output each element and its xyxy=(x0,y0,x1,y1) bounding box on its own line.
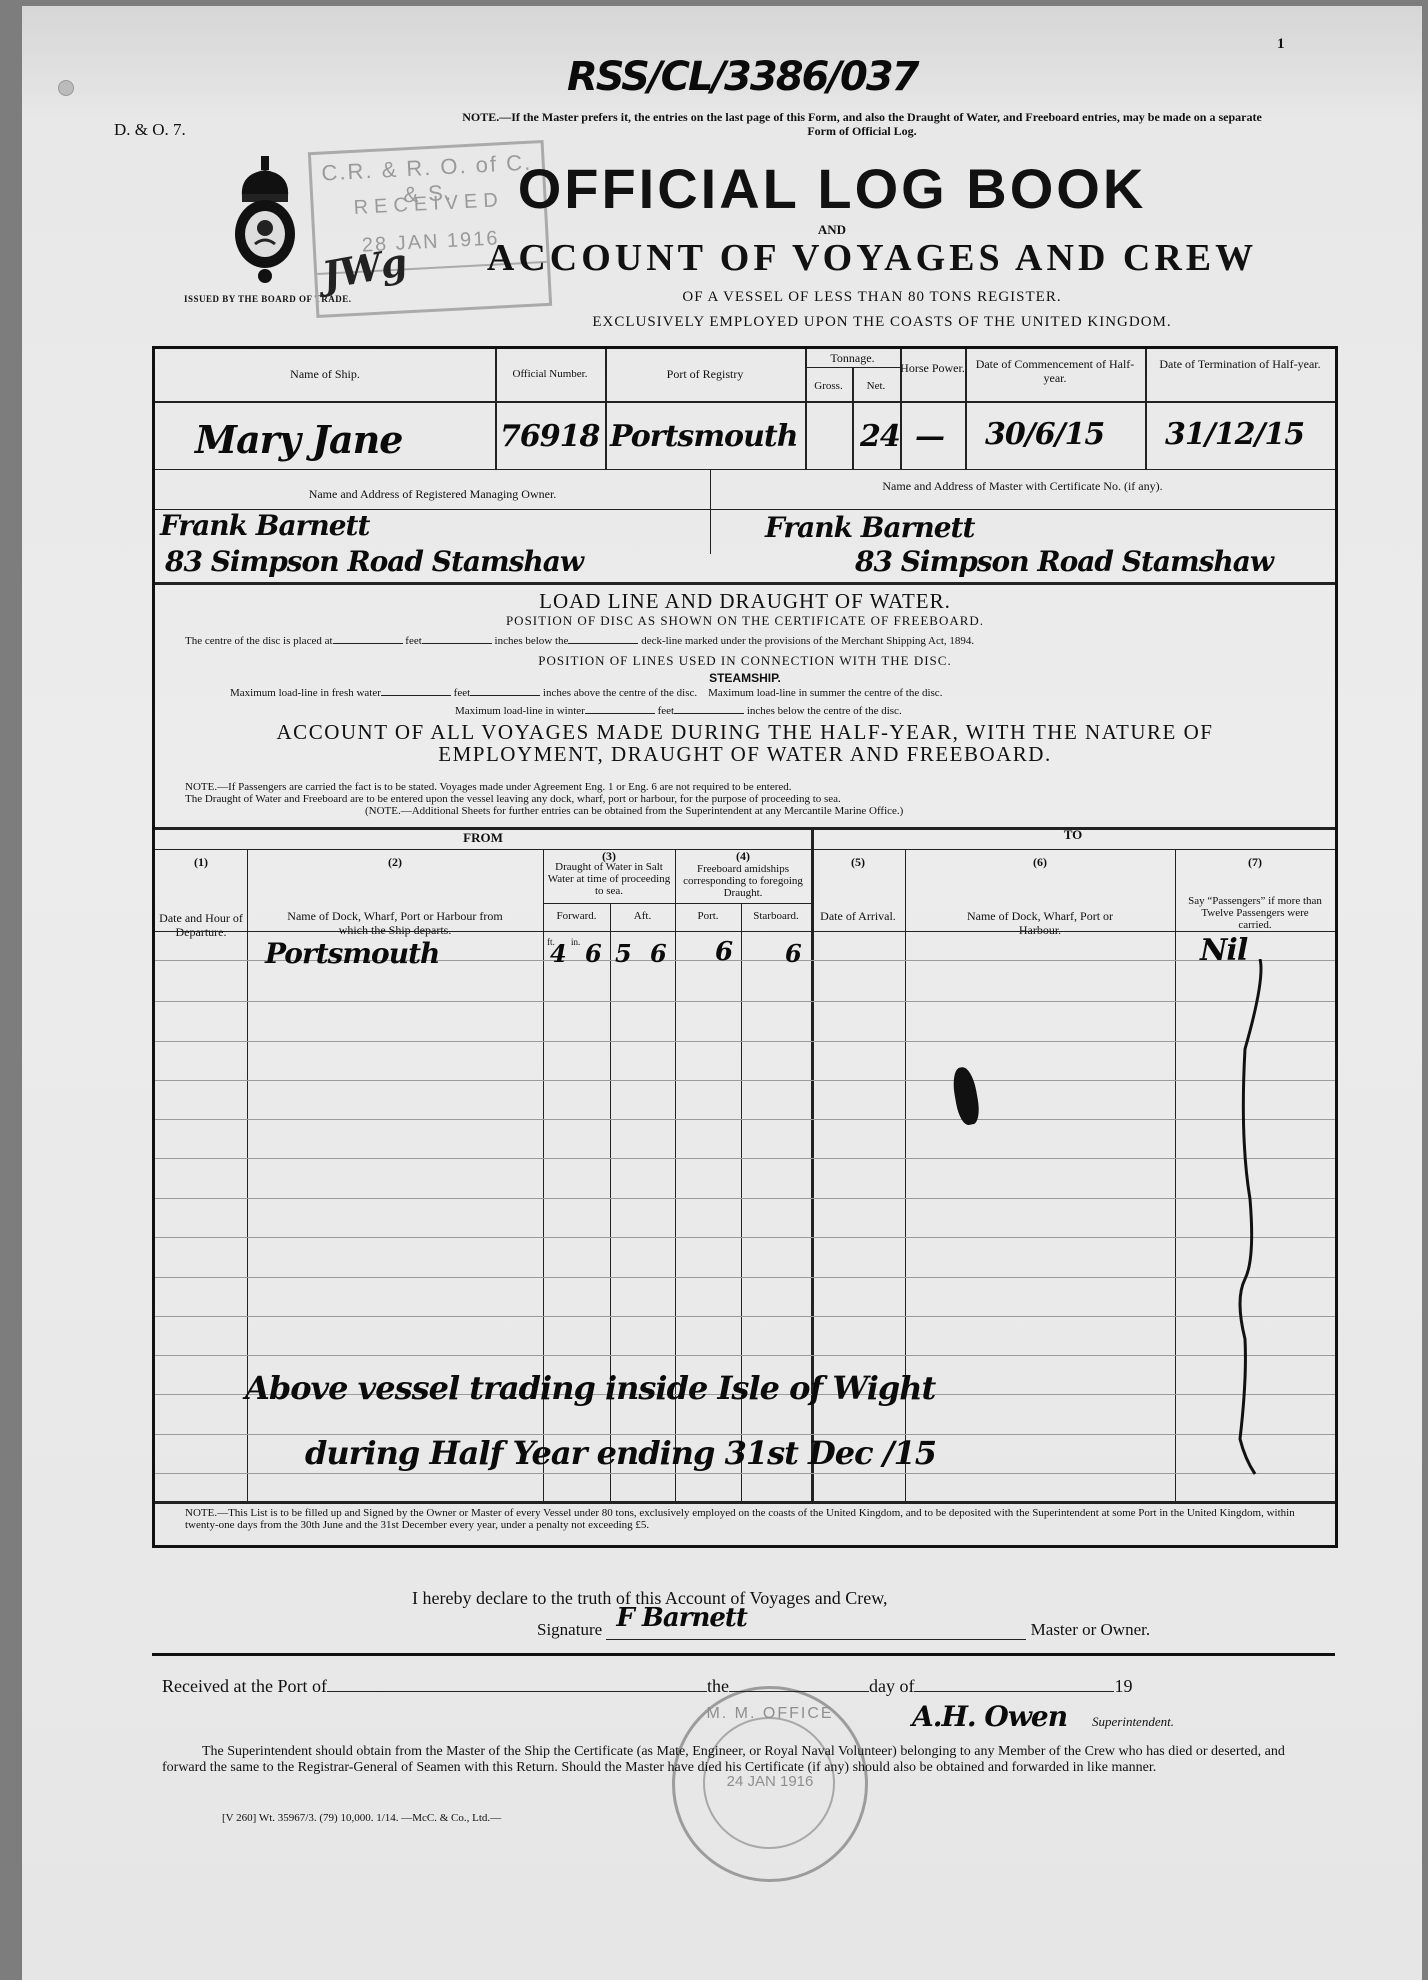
voyages-note-3: (NOTE.—Additional Sheets for further ent… xyxy=(185,805,1285,817)
year-prefix: 19 xyxy=(1114,1676,1132,1696)
signature-value: F Barnett xyxy=(616,1603,747,1633)
owner-address: 83 Simpson Road Stamshaw xyxy=(165,545,583,578)
col7-label: Say “Passengers” if more than Twelve Pas… xyxy=(1185,895,1325,931)
voyages-note-2: The Draught of Water and Freeboard are t… xyxy=(185,793,1285,805)
to-heading: TO xyxy=(811,827,1335,843)
disc-text-a: The centre of the disc is placed at xyxy=(185,635,333,647)
header-official-number: Official Number. xyxy=(495,367,605,381)
master-owner-label: Master or Owner. xyxy=(1031,1620,1150,1639)
entry-aft-in: 6 xyxy=(650,939,666,968)
ink-blot xyxy=(950,1066,982,1127)
col1-label: Date and Hour of Departure. xyxy=(157,911,245,939)
col2-num: (2) xyxy=(247,855,543,869)
col3-label: Draught of Water in Salt Water at time o… xyxy=(545,861,673,897)
fresh-text-c: inches above the centre of the disc. xyxy=(543,687,697,699)
voyages-title: ACCOUNT OF ALL VOYAGES MADE DURING THE H… xyxy=(155,721,1335,765)
winter-text-c: inches below the centre of the disc. xyxy=(747,705,902,717)
col4-label: Freeboard amidships corresponding to for… xyxy=(677,863,809,899)
owner-name: Frank Barnett xyxy=(160,509,369,542)
stamp2-office: M. M. OFFICE xyxy=(675,1705,865,1723)
fresh-water-line: Maximum load-line in fresh water feet in… xyxy=(230,687,942,699)
from-heading: FROM xyxy=(155,830,811,846)
voyages-title-1: ACCOUNT OF ALL VOYAGES MADE DURING THE H… xyxy=(155,721,1335,743)
log-book-page: RSS/CL/3386/037 1 D. & O. 7. NOTE.—If th… xyxy=(22,6,1422,1980)
header-net: Net. xyxy=(852,379,900,393)
steamship-heading: STEAMSHIP. xyxy=(155,671,1335,685)
ditto-line-icon xyxy=(1215,959,1275,1479)
signature-label: Signature xyxy=(537,1620,602,1639)
header-tonnage: Tonnage. xyxy=(805,351,900,365)
ship-name-value: Mary Jane xyxy=(195,417,402,462)
winter-text-b: feet xyxy=(658,705,674,717)
disc-text-d: deck-line marked under the provisions of… xyxy=(641,635,974,647)
sub-port: Port. xyxy=(675,909,741,923)
col7-num: (7) xyxy=(1175,855,1335,869)
received-at-label: Received at the Port of xyxy=(162,1676,327,1696)
col6-label: Name of Dock, Wharf, Port or Harbour. xyxy=(955,909,1125,937)
horse-power-value: — xyxy=(915,419,944,454)
master-name: Frank Barnett xyxy=(765,511,974,544)
col2-label: Name of Dock, Wharf, Port or Harbour fro… xyxy=(275,909,515,937)
fresh-text-b: feet xyxy=(454,687,470,699)
termination-value: 31/12/15 xyxy=(1165,417,1304,452)
entry-stbd-in: 6 xyxy=(785,939,801,968)
main-form-box: Name of Ship. Official Number. Port of R… xyxy=(152,346,1338,1548)
divider xyxy=(152,1653,1335,1656)
entry-from: Portsmouth xyxy=(265,937,439,970)
col6-num: (6) xyxy=(905,855,1175,869)
header-commencement: Date of Commencement of Half-year. xyxy=(965,357,1145,385)
header-port: Port of Registry xyxy=(605,367,805,381)
port-value: Portsmouth xyxy=(610,419,798,454)
fresh-text-a: Maximum load-line in fresh water xyxy=(230,687,381,699)
entry-fwd-in: 6 xyxy=(585,939,601,968)
col1-num: (1) xyxy=(155,855,247,869)
printer-imprint: [V 260] Wt. 35967/3. (79) 10,000. 1/14. … xyxy=(222,1812,501,1824)
summer-text: Maximum load-line in summer the centre o… xyxy=(708,687,942,699)
col5-label: Date of Arrival. xyxy=(820,909,896,923)
master-label: Name and Address of Master with Certific… xyxy=(710,479,1335,493)
remark-line-1: Above vessel trading inside Isle of Wigh… xyxy=(245,1369,935,1407)
disc-text-c: inches below the xyxy=(495,635,569,647)
disc-heading: POSITION OF DISC AS SHOWN ON THE CERTIFI… xyxy=(155,613,1335,629)
header-gross: Gross. xyxy=(805,379,852,393)
winter-line: Maximum load-line in winter feet inches … xyxy=(455,705,902,717)
entry-aft-ft: 5 xyxy=(615,939,631,968)
disc-position-line: The centre of the disc is placed at feet… xyxy=(185,635,974,647)
entry-fwd-ft: 4 xyxy=(550,939,566,968)
disc-text-b: feet xyxy=(405,635,421,647)
superintendent-instruction: The Superintendent should obtain from th… xyxy=(162,1744,1332,1776)
load-line-title: LOAD LINE AND DRAUGHT OF WATER. xyxy=(155,589,1335,614)
day-of-label: day of xyxy=(869,1676,914,1696)
remark-line-2: during Half Year ending 31st Dec /15 xyxy=(305,1434,936,1472)
subtitle-tonnage: OF A VESSEL OF LESS THAN 80 TONS REGISTE… xyxy=(442,289,1302,306)
signature-row: Signature F Barnett Master or Owner. xyxy=(537,1620,1150,1640)
the-label: the xyxy=(707,1676,729,1696)
voyages-notes: NOTE.—If Passengers are carried the fact… xyxy=(185,781,1285,817)
lines-heading: POSITION OF LINES USED IN CONNECTION WIT… xyxy=(155,653,1335,669)
voyages-note-1: NOTE.—If Passengers are carried the fact… xyxy=(185,781,1285,793)
title: OFFICIAL LOG BOOK xyxy=(442,156,1222,221)
header-termination: Date of Termination of Half-year. xyxy=(1145,357,1335,371)
superintendent-label: Superintendent. xyxy=(1092,1714,1174,1730)
receipt-line: Received at the Port oftheday of19 xyxy=(162,1676,1332,1697)
header-ship-name: Name of Ship. xyxy=(155,367,495,381)
official-number-value: 76918 xyxy=(500,419,599,454)
punch-hole xyxy=(58,80,74,96)
royal-crest-icon xyxy=(230,156,300,286)
mm-office-stamp: M. M. OFFICE 24 JAN 1916 xyxy=(672,1686,868,1882)
header-horse-power: Horse Power. xyxy=(900,361,965,375)
sub-forward: Forward. xyxy=(543,909,610,923)
page-number: 1 xyxy=(1277,36,1285,53)
owner-label: Name and Address of Registered Managing … xyxy=(155,487,710,501)
master-address: 83 Simpson Road Stamshaw xyxy=(855,545,1273,578)
subtitle: ACCOUNT OF VOYAGES AND CREW xyxy=(442,236,1302,280)
commencement-value: 30/6/15 xyxy=(985,417,1104,452)
col5-num: (5) xyxy=(811,855,905,869)
col4-num: (4) xyxy=(675,849,811,863)
sub-starboard: Starboard. xyxy=(741,909,811,923)
winter-text-a: Maximum load-line in winter xyxy=(455,705,585,717)
voyages-title-2: EMPLOYMENT, DRAUGHT OF WATER AND FREEBOA… xyxy=(155,743,1335,765)
net-tonnage-value: 24 xyxy=(860,419,900,454)
entry-port-in: 6 xyxy=(715,937,732,967)
declaration-note: NOTE.—This List is to be filled up and S… xyxy=(185,1507,1315,1531)
archive-reference: RSS/CL/3386/037 xyxy=(567,54,918,100)
sub-aft: Aft. xyxy=(610,909,675,923)
subtitle-coasts: EXCLUSIVELY EMPLOYED UPON THE COASTS OF … xyxy=(442,314,1322,331)
note-top: NOTE.—If the Master prefers it, the entr… xyxy=(452,110,1272,138)
superintendent-signature: A.H. Owen xyxy=(912,1700,1067,1733)
unit-in: in. xyxy=(571,937,580,947)
form-id: D. & O. 7. xyxy=(114,120,186,140)
